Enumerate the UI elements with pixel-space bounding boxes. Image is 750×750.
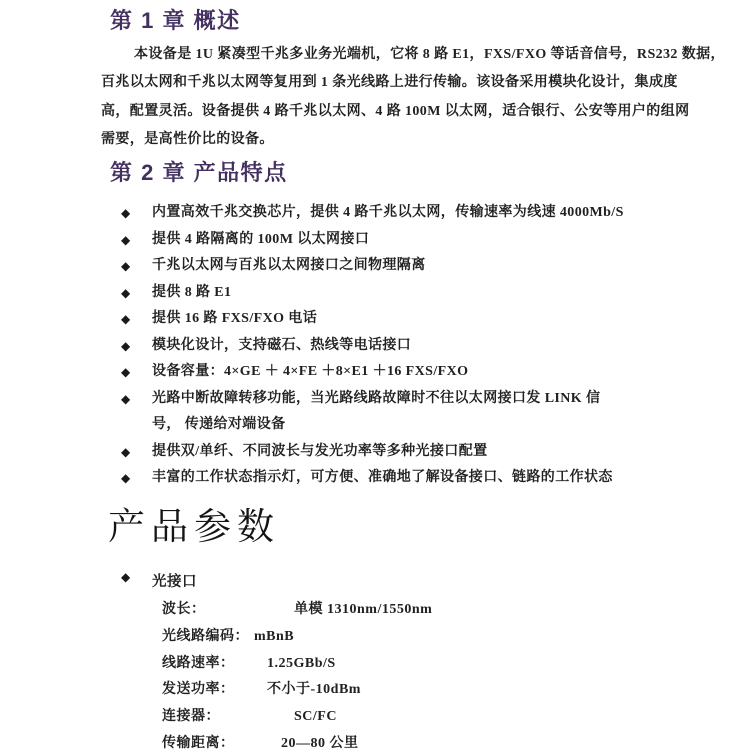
paragraph-line: 百兆以太网和千兆以太网等复用到 1 条光线路上进行传输。该设备采用模块化设计，集… <box>101 69 673 97</box>
feature-item: ◆ 提供双/单纤、不同波长与发光功率等多种光接口配置 <box>121 439 669 466</box>
param-row: 传输距离： 20—80 公里 <box>162 731 622 750</box>
parameter-table: 波长： 单模 1310nm/1550nm 光线路编码： mBnB 线路速率： 1… <box>162 597 622 750</box>
diamond-bullet-icon: ◆ <box>121 280 152 307</box>
feature-text: 设备容量：4×GE ＋ 4×FE ＋8×E1 ＋16 FXS/FXO <box>152 359 468 386</box>
param-label: 波长： <box>162 602 206 617</box>
param-value: mBnB <box>254 624 294 651</box>
param-row: 发送功率： 不小于-10dBm <box>162 677 622 704</box>
paragraph-line: 高，配置灵活。设备提供 4 路千兆以太网、4 路 100M 以太网，适合银行、公… <box>101 98 673 126</box>
param-group-label: 光接口 <box>152 570 197 591</box>
feature-item: ◆ 提供 4 路隔离的 100M 以太网接口 <box>121 227 669 254</box>
optical-interface-group: ◆ 光接口 <box>121 570 197 591</box>
feature-item: ◆ 千兆以太网与百兆以太网接口之间物理隔离 <box>121 253 669 280</box>
diamond-bullet-icon: ◆ <box>121 465 152 492</box>
param-label: 传输距离： <box>162 736 235 750</box>
feature-text: 提供 4 路隔离的 100M 以太网接口 <box>152 227 369 254</box>
param-label: 光线路编码： <box>162 629 249 644</box>
param-row: 线路速率： 1.25GBb/S <box>162 651 622 678</box>
param-row: 波长： 单模 1310nm/1550nm <box>162 597 622 624</box>
diamond-bullet-icon: ◆ <box>121 386 152 413</box>
feature-text: 内置高效千兆交换芯片，提供 4 路千兆以太网，传输速率为线速 4000Mb/S <box>152 200 624 227</box>
param-label: 发送功率： <box>162 682 235 697</box>
chapter-2-heading: 第 2 章 产品特点 <box>110 161 288 185</box>
diamond-bullet-icon: ◆ <box>121 359 152 386</box>
diamond-bullet-icon: ◆ <box>121 200 152 227</box>
feature-text: 提供 16 路 FXS/FXO 电话 <box>152 306 317 333</box>
feature-item: ◆ 提供 16 路 FXS/FXO 电话 <box>121 306 669 333</box>
param-value: 20—80 公里 <box>281 731 359 750</box>
product-parameters-title: 产品参数 <box>108 505 280 551</box>
feature-item: ◆ 内置高效千兆交换芯片，提供 4 路千兆以太网，传输速率为线速 4000Mb/… <box>121 200 669 227</box>
document-page: 第 1 章 概述 本设备是 1U 紧凑型千兆多业务光端机，它将 8 路 E1，F… <box>0 0 750 750</box>
diamond-bullet-icon: ◆ <box>121 227 152 254</box>
feature-item: ◆ 丰富的工作状态指示灯，可方便、准确地了解设备接口、链路的工作状态 <box>121 465 669 492</box>
param-label: 线路速率： <box>162 656 235 671</box>
paragraph-line: 本设备是 1U 紧凑型千兆多业务光端机，它将 8 路 E1，FXS/FXO 等话… <box>101 41 673 69</box>
param-row: 连接器： SC/FC <box>162 704 622 731</box>
diamond-bullet-icon: ◆ <box>121 253 152 280</box>
param-value: 单模 1310nm/1550nm <box>294 597 432 624</box>
feature-text: 千兆以太网与百兆以太网接口之间物理隔离 <box>152 253 426 280</box>
paragraph-line: 需要，是高性价比的设备。 <box>101 126 673 154</box>
diamond-bullet-icon: ◆ <box>121 333 152 360</box>
chapter-1-heading: 第 1 章 概述 <box>110 9 241 33</box>
feature-list: ◆ 内置高效千兆交换芯片，提供 4 路千兆以太网，传输速率为线速 4000Mb/… <box>121 200 669 492</box>
diamond-bullet-icon: ◆ <box>121 439 152 466</box>
param-value: 1.25GBb/S <box>267 651 336 678</box>
param-label: 连接器： <box>162 709 220 724</box>
feature-item: ◆ 设备容量：4×GE ＋ 4×FE ＋8×E1 ＋16 FXS/FXO <box>121 359 669 386</box>
feature-text: 提供 8 路 E1 <box>152 280 231 307</box>
param-value: 不小于-10dBm <box>267 677 361 704</box>
diamond-bullet-icon: ◆ <box>121 306 152 333</box>
feature-text: 模块化设计，支持磁石、热线等电话接口 <box>152 333 411 360</box>
diamond-bullet-icon: ◆ <box>121 570 152 591</box>
param-value: SC/FC <box>294 704 337 731</box>
feature-text: 光路中断故障转移功能，当光路线路故障时不往以太网接口发 LINK 信号， 传递给… <box>152 386 624 439</box>
feature-text: 丰富的工作状态指示灯，可方便、准确地了解设备接口、链路的工作状态 <box>152 465 613 492</box>
feature-item: ◆ 模块化设计，支持磁石、热线等电话接口 <box>121 333 669 360</box>
param-row: 光线路编码： mBnB <box>162 624 622 651</box>
feature-item: ◆ 光路中断故障转移功能，当光路线路故障时不往以太网接口发 LINK 信号， 传… <box>121 386 669 439</box>
feature-item: ◆ 提供 8 路 E1 <box>121 280 669 307</box>
chapter-1-paragraph: 本设备是 1U 紧凑型千兆多业务光端机，它将 8 路 E1，FXS/FXO 等话… <box>101 41 673 154</box>
feature-text: 提供双/单纤、不同波长与发光功率等多种光接口配置 <box>152 439 488 466</box>
